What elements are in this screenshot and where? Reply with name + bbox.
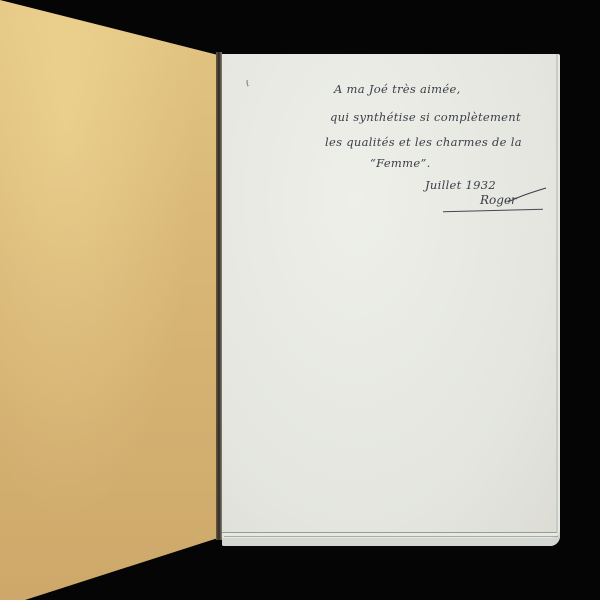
- dedication-line-2: qui synthétise si complètement: [330, 112, 521, 124]
- book-photo: ℓ A ma Joé très aimée, qui synthétise si…: [0, 0, 600, 600]
- dedication-line-4: “Femme”.: [370, 158, 431, 170]
- deckle-edge: [224, 532, 558, 537]
- left-endpaper: [0, 0, 220, 600]
- flyleaf-page: [222, 54, 558, 533]
- dedication-line-3: les qualités et les charmes de la: [325, 137, 522, 149]
- dedication-line-1: A ma Joé très aimée,: [334, 84, 461, 96]
